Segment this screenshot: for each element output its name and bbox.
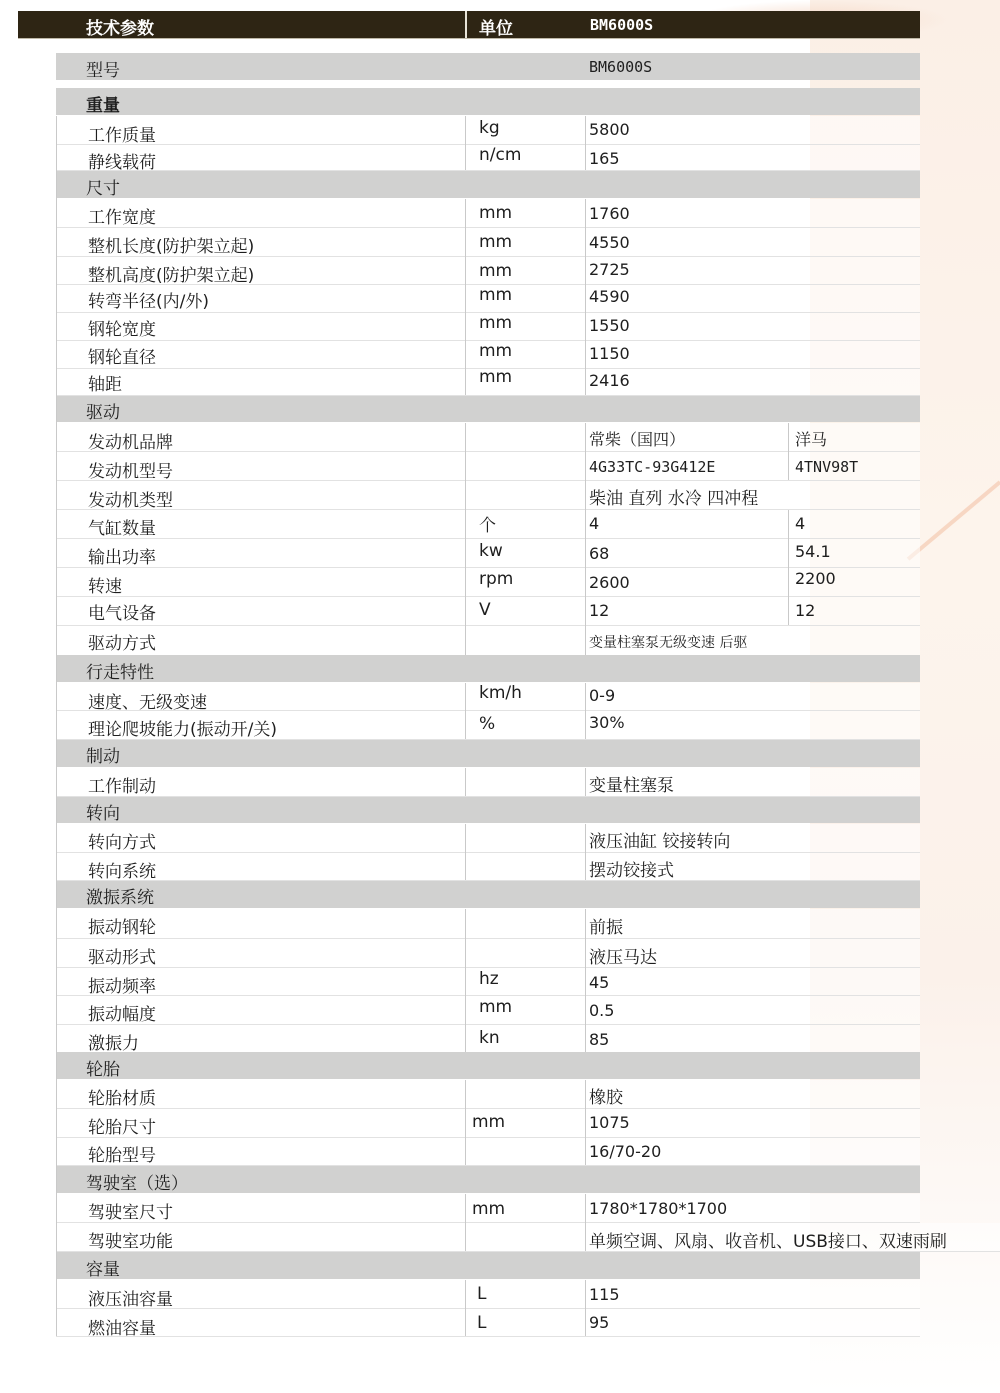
column-divider (465, 199, 466, 395)
row-label: 转向方式 (88, 828, 156, 853)
table-row: 转弯半径(内/外) mm 4590 (56, 285, 920, 313)
table-row: 钢轮直径 mm 1150 (56, 341, 920, 369)
section-weight: 重量 (56, 88, 920, 115)
row-value: 2416 (589, 371, 630, 390)
column-divider (585, 683, 586, 739)
table-row: 转向系统 摆动铰接式 (56, 853, 920, 881)
header-parameter: 技术参数 (86, 14, 154, 39)
row-label: 液压油容量 (88, 1285, 173, 1310)
row-value: 4 (589, 514, 599, 533)
table-row: 驱动方式 变量柱塞泵无级变速 后驱 (56, 626, 920, 655)
column-divider (465, 909, 466, 1052)
row-label: 理论爬坡能力(振动开/关) (88, 715, 277, 740)
row-label: 气缸数量 (88, 514, 156, 539)
row-label: 驾驶室功能 (88, 1227, 173, 1252)
table-row: 速度、无级变速 km/h 0-9 (56, 683, 920, 711)
row-value-alt: 12 (795, 601, 815, 620)
column-divider (465, 768, 466, 796)
row-label: 轮胎尺寸 (88, 1113, 156, 1138)
row-value: 85 (589, 1030, 609, 1049)
model-row: 型号 BM6000S (56, 53, 920, 80)
table-row: 工作制动 变量柱塞泵 (56, 768, 920, 797)
table-row: 理论爬坡能力(振动开/关) % 30% (56, 711, 920, 740)
row-label: 发动机类型 (88, 486, 173, 511)
column-divider (585, 909, 586, 1052)
row-unit: mm (479, 341, 512, 361)
row-label: 速度、无级变速 (88, 688, 207, 713)
row-label: 驱动方式 (88, 629, 156, 654)
table-row: 发动机品牌 常柴（国四） 洋马 (56, 423, 920, 452)
row-value: 12 (589, 601, 609, 620)
column-divider (585, 1280, 586, 1336)
row-value: 4550 (589, 233, 630, 252)
row-label: 工作制动 (88, 772, 156, 797)
row-label: 轮胎型号 (88, 1141, 156, 1166)
row-unit: kw (479, 541, 503, 561)
row-value-alt: 2200 (795, 569, 836, 588)
row-value: 4G33TC-93G412E (589, 458, 715, 476)
column-divider (585, 768, 586, 796)
table-row: 整机高度(防护架立起) mm 2725 (56, 257, 920, 285)
table-row: 轮胎型号 16/70-20 (56, 1138, 920, 1166)
row-unit: hz (479, 969, 499, 989)
row-value: 30% (589, 713, 625, 732)
column-divider (585, 423, 586, 655)
section-cab: 驾驶室（选） (56, 1166, 920, 1193)
column-divider (465, 116, 466, 170)
table-row: 静线载荷 n/cm 165 (56, 145, 920, 171)
row-label: 工作宽度 (88, 203, 156, 228)
model-value: BM6000S (589, 58, 652, 76)
row-unit: 个 (479, 511, 496, 536)
row-label: 钢轮宽度 (88, 315, 156, 340)
model-label: 型号 (86, 56, 120, 81)
row-label: 轴距 (88, 370, 122, 395)
row-value: 95 (589, 1313, 609, 1332)
row-label: 振动幅度 (88, 1000, 156, 1025)
section-title: 激振系统 (86, 883, 154, 908)
table-row: 工作质量 kg 5800 (56, 116, 920, 145)
row-label: 静线载荷 (88, 148, 156, 173)
row-unit: mm (479, 261, 512, 281)
row-value: 0.5 (589, 1001, 614, 1020)
row-label: 转弯半径(内/外) (88, 287, 209, 312)
row-unit: V (479, 600, 491, 620)
row-value: 2725 (589, 260, 630, 279)
row-unit: mm (472, 1112, 505, 1132)
section-title: 轮胎 (86, 1055, 120, 1080)
table-row: 驾驶室尺寸 mm 1780*1780*1700 (56, 1194, 920, 1223)
row-value-alt: 4 (795, 514, 805, 533)
row-value: 1150 (589, 344, 630, 363)
row-label: 驱动形式 (88, 943, 156, 968)
table-row: 轮胎材质 橡胶 (56, 1080, 920, 1109)
row-unit: L (477, 1284, 486, 1304)
row-value-alt: 4TNV98T (795, 458, 858, 476)
row-unit: mm (479, 285, 512, 305)
section-tires: 轮胎 (56, 1052, 920, 1079)
row-label: 转速 (88, 572, 122, 597)
row-value: 液压油缸 铰接转向 (589, 827, 730, 852)
header-divider (465, 11, 467, 38)
row-value: 单频空调、风扇、收音机、USB接口、双速雨刷 (589, 1227, 947, 1252)
row-value: 0-9 (589, 686, 615, 705)
row-value: 1780*1780*1700 (589, 1199, 727, 1218)
row-label: 振动钢轮 (88, 913, 156, 938)
column-divider (465, 1080, 466, 1165)
section-title: 重量 (86, 91, 120, 116)
table-row: 转速 rpm 2600 2200 (56, 568, 920, 597)
table-row: 发动机型号 4G33TC-93G412E 4TNV98T (56, 452, 920, 481)
spec-table-header: 技术参数 单位 BM6000S (18, 11, 920, 39)
row-unit: kn (479, 1028, 500, 1048)
row-unit: km/h (479, 683, 522, 703)
row-value: 68 (589, 544, 609, 563)
header-unit: 单位 (479, 14, 513, 39)
section-title: 制动 (86, 742, 120, 767)
row-value: 5800 (589, 120, 630, 139)
column-divider (585, 1194, 586, 1251)
column-divider (465, 1280, 466, 1336)
table-row: 轴距 mm 2416 (56, 369, 920, 396)
row-value: 165 (589, 149, 620, 168)
row-unit: mm (479, 313, 512, 333)
row-value: 摆动铰接式 (589, 856, 674, 881)
table-row: 输出功率 kw 68 54.1 (56, 539, 920, 568)
table-row: 燃油容量 L 95 (56, 1309, 920, 1337)
row-value: 变量柱塞泵无级变速 后驱 (589, 632, 747, 652)
row-label: 电气设备 (88, 599, 156, 624)
row-value: 45 (589, 973, 609, 992)
row-unit: mm (472, 1199, 505, 1219)
row-unit: L (477, 1313, 486, 1333)
table-row: 整机长度(防护架立起) mm 4550 (56, 228, 920, 257)
section-vibration: 激振系统 (56, 881, 920, 908)
column-divider (788, 423, 789, 480)
column-divider (585, 1080, 586, 1165)
table-row: 工作宽度 mm 1760 (56, 199, 920, 228)
row-value: 1760 (589, 204, 630, 223)
column-divider (585, 824, 586, 880)
row-value: 2600 (589, 573, 630, 592)
row-unit: mm (479, 367, 512, 387)
row-value: 115 (589, 1285, 620, 1304)
row-label: 发动机型号 (88, 457, 173, 482)
table-row: 液压油容量 L 115 (56, 1280, 920, 1309)
row-unit: mm (479, 997, 512, 1017)
table-row: 驱动形式 液压马达 (56, 939, 920, 968)
section-title: 驾驶室（选） (86, 1169, 188, 1194)
section-title: 驱动 (86, 398, 120, 423)
section-capacity: 容量 (56, 1252, 920, 1279)
row-value: 16/70-20 (589, 1142, 661, 1161)
column-divider (465, 423, 466, 655)
row-unit: n/cm (479, 145, 521, 165)
row-label: 工作质量 (88, 121, 156, 146)
table-row: 激振力 kn 85 (56, 1025, 920, 1052)
table-row: 振动幅度 mm 0.5 (56, 996, 920, 1025)
section-title: 容量 (86, 1255, 120, 1280)
row-label: 整机高度(防护架立起) (88, 261, 254, 286)
row-label: 振动频率 (88, 972, 156, 997)
table-row: 振动频率 hz 45 (56, 968, 920, 996)
section-title: 尺寸 (86, 174, 120, 199)
row-value: 1075 (589, 1113, 630, 1132)
row-unit: kg (479, 118, 500, 138)
table-row: 电气设备 V 12 12 (56, 597, 920, 626)
section-title: 行走特性 (86, 658, 154, 683)
row-value: 前振 (589, 913, 623, 938)
row-value: 4590 (589, 287, 630, 306)
row-label: 发动机品牌 (88, 428, 173, 453)
row-value: 柴油 直列 水冷 四冲程 (589, 484, 758, 509)
row-label: 钢轮直径 (88, 343, 156, 368)
row-unit: rpm (479, 569, 513, 589)
column-divider (465, 1194, 466, 1251)
row-value-alt: 54.1 (795, 542, 831, 561)
section-brake: 制动 (56, 740, 920, 767)
row-value: 1550 (589, 316, 630, 335)
section-drive: 驱动 (56, 396, 920, 422)
section-steering: 转向 (56, 797, 920, 823)
table-row: 转向方式 液压油缸 铰接转向 (56, 824, 920, 853)
column-divider (465, 824, 466, 880)
table-row: 发动机类型 柴油 直列 水冷 四冲程 (56, 481, 920, 510)
table-row: 气缸数量 个 4 4 (56, 510, 920, 539)
row-unit: mm (479, 232, 512, 252)
row-value: 常柴（国四） (589, 427, 685, 450)
section-dimensions: 尺寸 (56, 171, 920, 198)
table-left-border (56, 116, 57, 1336)
table-row: 驾驶室功能 单频空调、风扇、收音机、USB接口、双速雨刷 (56, 1223, 1000, 1252)
row-unit: mm (479, 203, 512, 223)
row-label: 转向系统 (88, 857, 156, 882)
row-label: 轮胎材质 (88, 1084, 156, 1109)
section-title: 转向 (86, 799, 120, 824)
header-model: BM6000S (590, 16, 653, 34)
row-value: 橡胶 (589, 1083, 623, 1108)
column-divider (788, 510, 789, 625)
section-travel: 行走特性 (56, 655, 920, 682)
row-label: 激振力 (88, 1029, 139, 1054)
row-label: 燃油容量 (88, 1314, 156, 1339)
row-label: 输出功率 (88, 543, 156, 568)
row-value: 变量柱塞泵 (589, 771, 674, 796)
column-divider (585, 199, 586, 395)
row-value-alt: 洋马 (795, 427, 827, 450)
table-row: 钢轮宽度 mm 1550 (56, 313, 920, 341)
table-row: 轮胎尺寸 mm 1075 (56, 1109, 920, 1138)
table-row: 振动钢轮 前振 (56, 909, 920, 939)
row-unit: % (479, 714, 495, 734)
column-divider (585, 116, 586, 170)
row-value: 液压马达 (589, 943, 657, 968)
row-label: 驾驶室尺寸 (88, 1198, 173, 1223)
row-label: 整机长度(防护架立起) (88, 232, 254, 257)
column-divider (465, 683, 466, 739)
